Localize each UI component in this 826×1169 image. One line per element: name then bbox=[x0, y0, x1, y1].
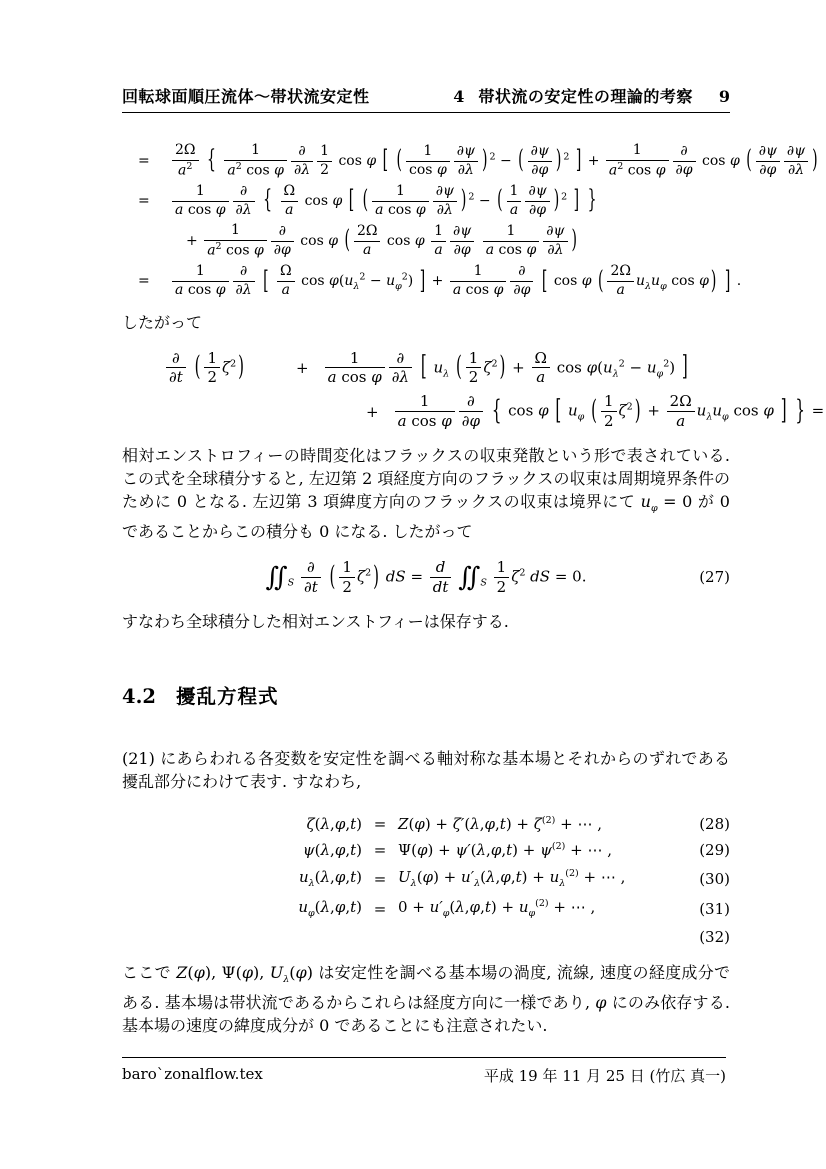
equation-line: ζ(λ,φ,t) = Z(φ) + ζ′(λ,φ,t) + ζ(2) + ⋯ ,… bbox=[122, 815, 730, 834]
expansion-equations-block: ζ(λ,φ,t) = Z(φ) + ζ′(λ,φ,t) + ζ(2) + ⋯ ,… bbox=[122, 815, 730, 947]
equation-line-continuation: + 1a2 cos φ∂∂φ cos φ (2Ωa cos φ 1a∂ψ∂φ 1… bbox=[122, 223, 730, 259]
equation-line: (32) bbox=[122, 928, 730, 947]
equation-lhs: ζ(λ,φ,t) bbox=[122, 815, 362, 834]
running-section-title: 帯状流の安定性の理論的考察 bbox=[478, 84, 693, 107]
equation-lhs: ψ(λ,φ,t) bbox=[122, 841, 362, 860]
equation-tag: (28) bbox=[602, 815, 730, 834]
equals-sign: = bbox=[362, 870, 398, 889]
paragraph-basic-field: ここで Z(φ), Ψ(φ), Uλ(φ) は安定性を調べる基本場の渦度, 流線… bbox=[122, 961, 730, 1037]
equals-sign: = bbox=[362, 900, 398, 919]
equation-body: 1a cos φ∂∂λ [ Ωa cos φ(uλ2 − uφ2) ] + 1a… bbox=[170, 264, 741, 298]
footer-filename: baro`zonalflow.tex bbox=[122, 1065, 263, 1086]
paragraph-conservation: すなわち全球積分した相対エンストフィーは保存する. bbox=[122, 610, 730, 633]
running-section-number: 4 bbox=[453, 87, 464, 106]
equation-body: + 1a2 cos φ∂∂φ cos φ (2Ωa cos φ 1a∂ψ∂φ 1… bbox=[186, 223, 579, 259]
equation-body: 2Ωa2 { 1a2 cos φ∂∂λ12 cos φ [ (1cos φ∂ψ∂… bbox=[170, 143, 826, 179]
equation-rhs: 0 + u′φ(λ,φ,t) + uφ(2) + ⋯ , bbox=[398, 898, 595, 920]
paragraph-perturbation-intro: (21) にあらわれる各変数を安定性を調べる軸対称な基本場とそれからのずれである… bbox=[122, 747, 730, 793]
header-rule bbox=[122, 112, 730, 113]
equation-tag: (31) bbox=[595, 900, 730, 919]
equation-tag: (30) bbox=[625, 870, 730, 889]
section-number: 4.2 bbox=[122, 685, 156, 708]
footer-date-author: 平成 19 年 11 月 25 日 (竹広 真一) bbox=[484, 1065, 726, 1086]
connector-text: したがって bbox=[122, 311, 730, 334]
equation-line: ∂∂t (12ζ2) + 1a cos φ∂∂λ [ uλ (12ζ2) + Ω… bbox=[122, 350, 730, 387]
equation-line: = 2Ωa2 { 1a2 cos φ∂∂λ12 cos φ [ (1cos φ∂… bbox=[122, 143, 730, 179]
equals-sign: = bbox=[362, 815, 398, 834]
equation-lhs: uφ(λ,φ,t) bbox=[122, 898, 362, 920]
equation-body: 1a cos φ∂∂λ [ uλ (12ζ2) + Ωa cos φ(uλ2 −… bbox=[323, 350, 690, 387]
equation-rhs: Ψ(φ) + ψ′(λ,φ,t) + ψ(2) + ⋯ , bbox=[398, 841, 612, 860]
equation-27-block: ∬S ∂∂t (12ζ2) dS = ddt ∬S 12ζ2 dS = 0. (… bbox=[122, 559, 730, 596]
equation-line: = 1a cos φ∂∂λ { Ωa cos φ [ (1a cos φ∂ψ∂λ… bbox=[122, 184, 730, 218]
equals-sign: = bbox=[138, 193, 170, 210]
equation-lead-term: ∂∂t (12ζ2) bbox=[164, 350, 282, 387]
equation-body: 1a cos φ∂∂φ { cos φ [ uφ (12ζ2) + 2Ωauλu… bbox=[393, 393, 826, 430]
paragraph-enstrophy-flux: 相対エンストロフィーの時間変化はフラックスの収束発散という形で表されている. こ… bbox=[122, 444, 730, 543]
equation-body: ∬S ∂∂t (12ζ2) dS = ddt ∬S 12ζ2 dS = 0. bbox=[266, 559, 587, 596]
equals-sign: = bbox=[362, 841, 398, 860]
equation-line: ψ(λ,φ,t) = Ψ(φ) + ψ′(λ,φ,t) + ψ(2) + ⋯ ,… bbox=[122, 841, 730, 860]
equals-sign: = bbox=[138, 153, 170, 170]
running-section: 4 帯状流の安定性の理論的考察 9 bbox=[453, 84, 730, 107]
equation-rhs: Z(φ) + ζ′(λ,φ,t) + ζ(2) + ⋯ , bbox=[398, 815, 602, 834]
equation-line: uλ(λ,φ,t) = Uλ(φ) + u′λ(λ,φ,t) + uλ(2) +… bbox=[122, 868, 730, 890]
equation-line: uφ(λ,φ,t) = 0 + u′φ(λ,φ,t) + uφ(2) + ⋯ ,… bbox=[122, 898, 730, 920]
plus-operator: + bbox=[366, 403, 379, 421]
equation-body: 1a cos φ∂∂λ { Ωa cos φ [ (1a cos φ∂ψ∂λ)2… bbox=[170, 184, 599, 218]
equals-sign: = bbox=[138, 273, 170, 290]
equation-tag: (29) bbox=[612, 841, 730, 860]
equation-tag: (32) bbox=[398, 928, 730, 947]
page-header: 回転球面順圧流体〜帯状流安定性 4 帯状流の安定性の理論的考察 9 bbox=[122, 84, 730, 107]
page-footer: baro`zonalflow.tex 平成 19 年 11 月 25 日 (竹広… bbox=[122, 1057, 726, 1086]
paper-page: 回転球面順圧流体〜帯状流安定性 4 帯状流の安定性の理論的考察 9 = 2Ωa2… bbox=[0, 0, 826, 1169]
section-heading: 4.2 擾乱方程式 bbox=[122, 681, 730, 709]
page-content: 回転球面順圧流体〜帯状流安定性 4 帯状流の安定性の理論的考察 9 = 2Ωa2… bbox=[0, 0, 826, 1037]
equation-line: = 1a cos φ∂∂λ [ Ωa cos φ(uλ2 − uφ2) ] + … bbox=[122, 264, 730, 298]
page-number: 9 bbox=[719, 87, 730, 106]
equation-lhs: uλ(λ,φ,t) bbox=[122, 868, 362, 890]
equation-rhs: Uλ(φ) + u′λ(λ,φ,t) + uλ(2) + ⋯ , bbox=[398, 868, 625, 890]
plus-operator: + bbox=[296, 359, 309, 377]
equation-26-block: ∂∂t (12ζ2) + 1a cos φ∂∂λ [ uλ (12ζ2) + Ω… bbox=[122, 350, 730, 430]
equation-tag: (27) bbox=[699, 568, 730, 586]
equation-line: + 1a cos φ∂∂φ { cos φ [ uφ (12ζ2) + 2Ωau… bbox=[122, 393, 730, 430]
section-title: 擾乱方程式 bbox=[176, 681, 279, 709]
running-title: 回転球面順圧流体〜帯状流安定性 bbox=[122, 84, 370, 107]
enstrophy-derivation-block: = 2Ωa2 { 1a2 cos φ∂∂λ12 cos φ [ (1cos φ∂… bbox=[122, 143, 730, 299]
